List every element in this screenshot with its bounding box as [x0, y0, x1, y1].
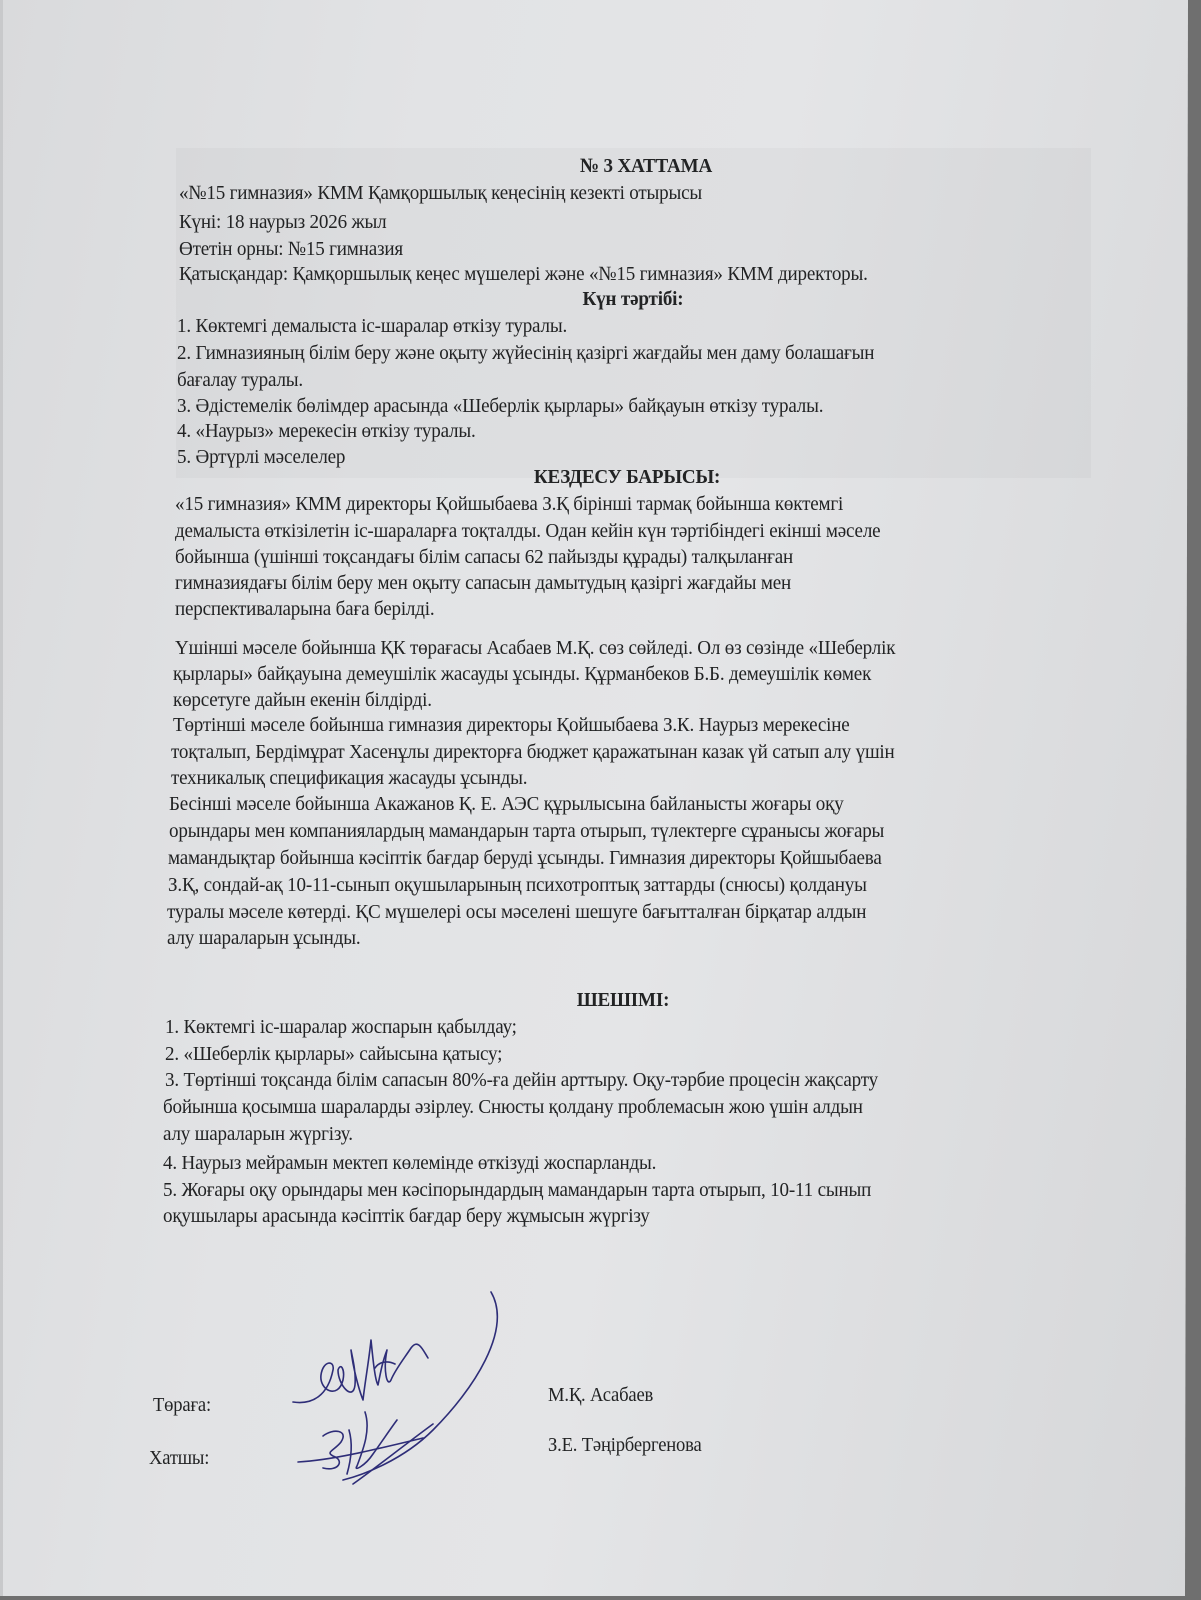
proceedings-line: Төртінші мәселе бойынша гимназия директо…: [173, 714, 850, 737]
agenda-heading: Күн тәртібі:: [583, 288, 684, 311]
proceedings-line: алу шараларын ұсынды.: [167, 927, 360, 950]
proceedings-line: бойынша (үшінші тоқсандағы білім сапасы …: [175, 546, 793, 569]
decision-line: 5. Жоғары оқу орындары мен кәсіпорындард…: [163, 1179, 871, 1202]
proceedings-line: демалыста өткізілетін іс-шараларға тоқта…: [175, 520, 880, 543]
agenda-line: бағалау туралы.: [177, 369, 303, 392]
meeting-participants: Қатысқандар: Қамқоршылық кеңес мүшелері …: [179, 263, 868, 286]
agenda-line: 3. Әдістемелік бөлімдер арасында «Шеберл…: [177, 395, 823, 418]
decision-heading: ШЕШІМІ:: [577, 989, 669, 1012]
decision-line: 3. Төртінші тоқсанда білім сапасын 80%-ғ…: [165, 1069, 878, 1092]
meeting-subtitle: «№15 гимназия» КММ Қамқоршылық кеңесінің…: [179, 182, 702, 205]
decision-line: 1. Көктемгі іс-шаралар жоспарын қабылдау…: [165, 1016, 517, 1039]
secretary-label: Хатшы:: [149, 1447, 209, 1470]
decision-line: алу шараларын жүргізу.: [163, 1123, 353, 1146]
decision-line: 2. «Шеберлік қырлары» сайысына қатысу;: [165, 1043, 502, 1066]
document-page: № 3 ХАТТАМА «№15 гимназия» КММ Қамқоршыл…: [0, 0, 1188, 1596]
proceedings-line: Үшінші мәселе бойынша ҚК төрағасы Асабае…: [175, 637, 895, 660]
secretary-signature: [293, 1410, 463, 1490]
proceedings-line: техникалық спецификация жасауды ұсынды.: [171, 767, 527, 790]
proceedings-line: қырлары» байқауына демеушілік жасауды ұс…: [173, 663, 871, 686]
decision-line: 4. Наурыз мейрамын мектеп көлемінде өткі…: [163, 1152, 656, 1175]
proceedings-line: мамандықтар бойынша кәсіптік бағдар беру…: [168, 847, 882, 870]
proceedings-line: Бесінші мәселе бойынша Акажанов Қ. Е. АЭ…: [169, 793, 844, 816]
proceedings-heading: КЕЗДЕСУ БАРЫСЫ:: [534, 466, 720, 489]
agenda-line: 4. «Наурыз» мерекесін өткізу туралы.: [177, 420, 476, 443]
meeting-date: Күні: 18 наурыз 2026 жыл: [179, 211, 386, 234]
decision-line: бойынша қосымша шараларды әзірлеу. Снюст…: [163, 1096, 863, 1119]
proceedings-line: көрсетуге дайын екенін білдірді.: [173, 689, 432, 712]
secretary-name: З.Е. Тәңірбергенова: [548, 1434, 702, 1457]
proceedings-line: туралы мәселе көтерді. ҚС мүшелері осы м…: [167, 901, 866, 924]
proceedings-line: гимназиядағы білім беру мен оқыту сапасы…: [175, 572, 791, 595]
agenda-line: 1. Көктемгі демалыста іс-шаралар өткізу …: [177, 315, 567, 338]
decision-line: оқушылары арасында кәсіптік бағдар беру …: [163, 1205, 650, 1228]
proceedings-line: орындары мен компаниялардың мамандарын т…: [169, 820, 884, 843]
chair-name: М.Қ. Асабаев: [548, 1384, 653, 1407]
proceedings-line: перспективаларына баға берілді.: [175, 598, 434, 621]
document-title: № 3 ХАТТАМА: [580, 155, 712, 178]
proceedings-line: З.Қ, сондай-ақ 10-11-сынып оқушыларының …: [168, 874, 867, 897]
proceedings-line: тоқталып, Бердімұрат Хасенұлы директорға…: [171, 741, 895, 764]
agenda-line: 5. Әртүрлі мәселелер: [177, 446, 345, 469]
chair-label: Төраға:: [153, 1394, 211, 1417]
meeting-venue: Өтетін орны: №15 гимназия: [179, 238, 403, 261]
agenda-line: 2. Гимназияның білім беру және оқыту жүй…: [177, 342, 874, 365]
proceedings-line: «15 гимназия» КММ директоры Қойшыбаева З…: [175, 493, 843, 516]
